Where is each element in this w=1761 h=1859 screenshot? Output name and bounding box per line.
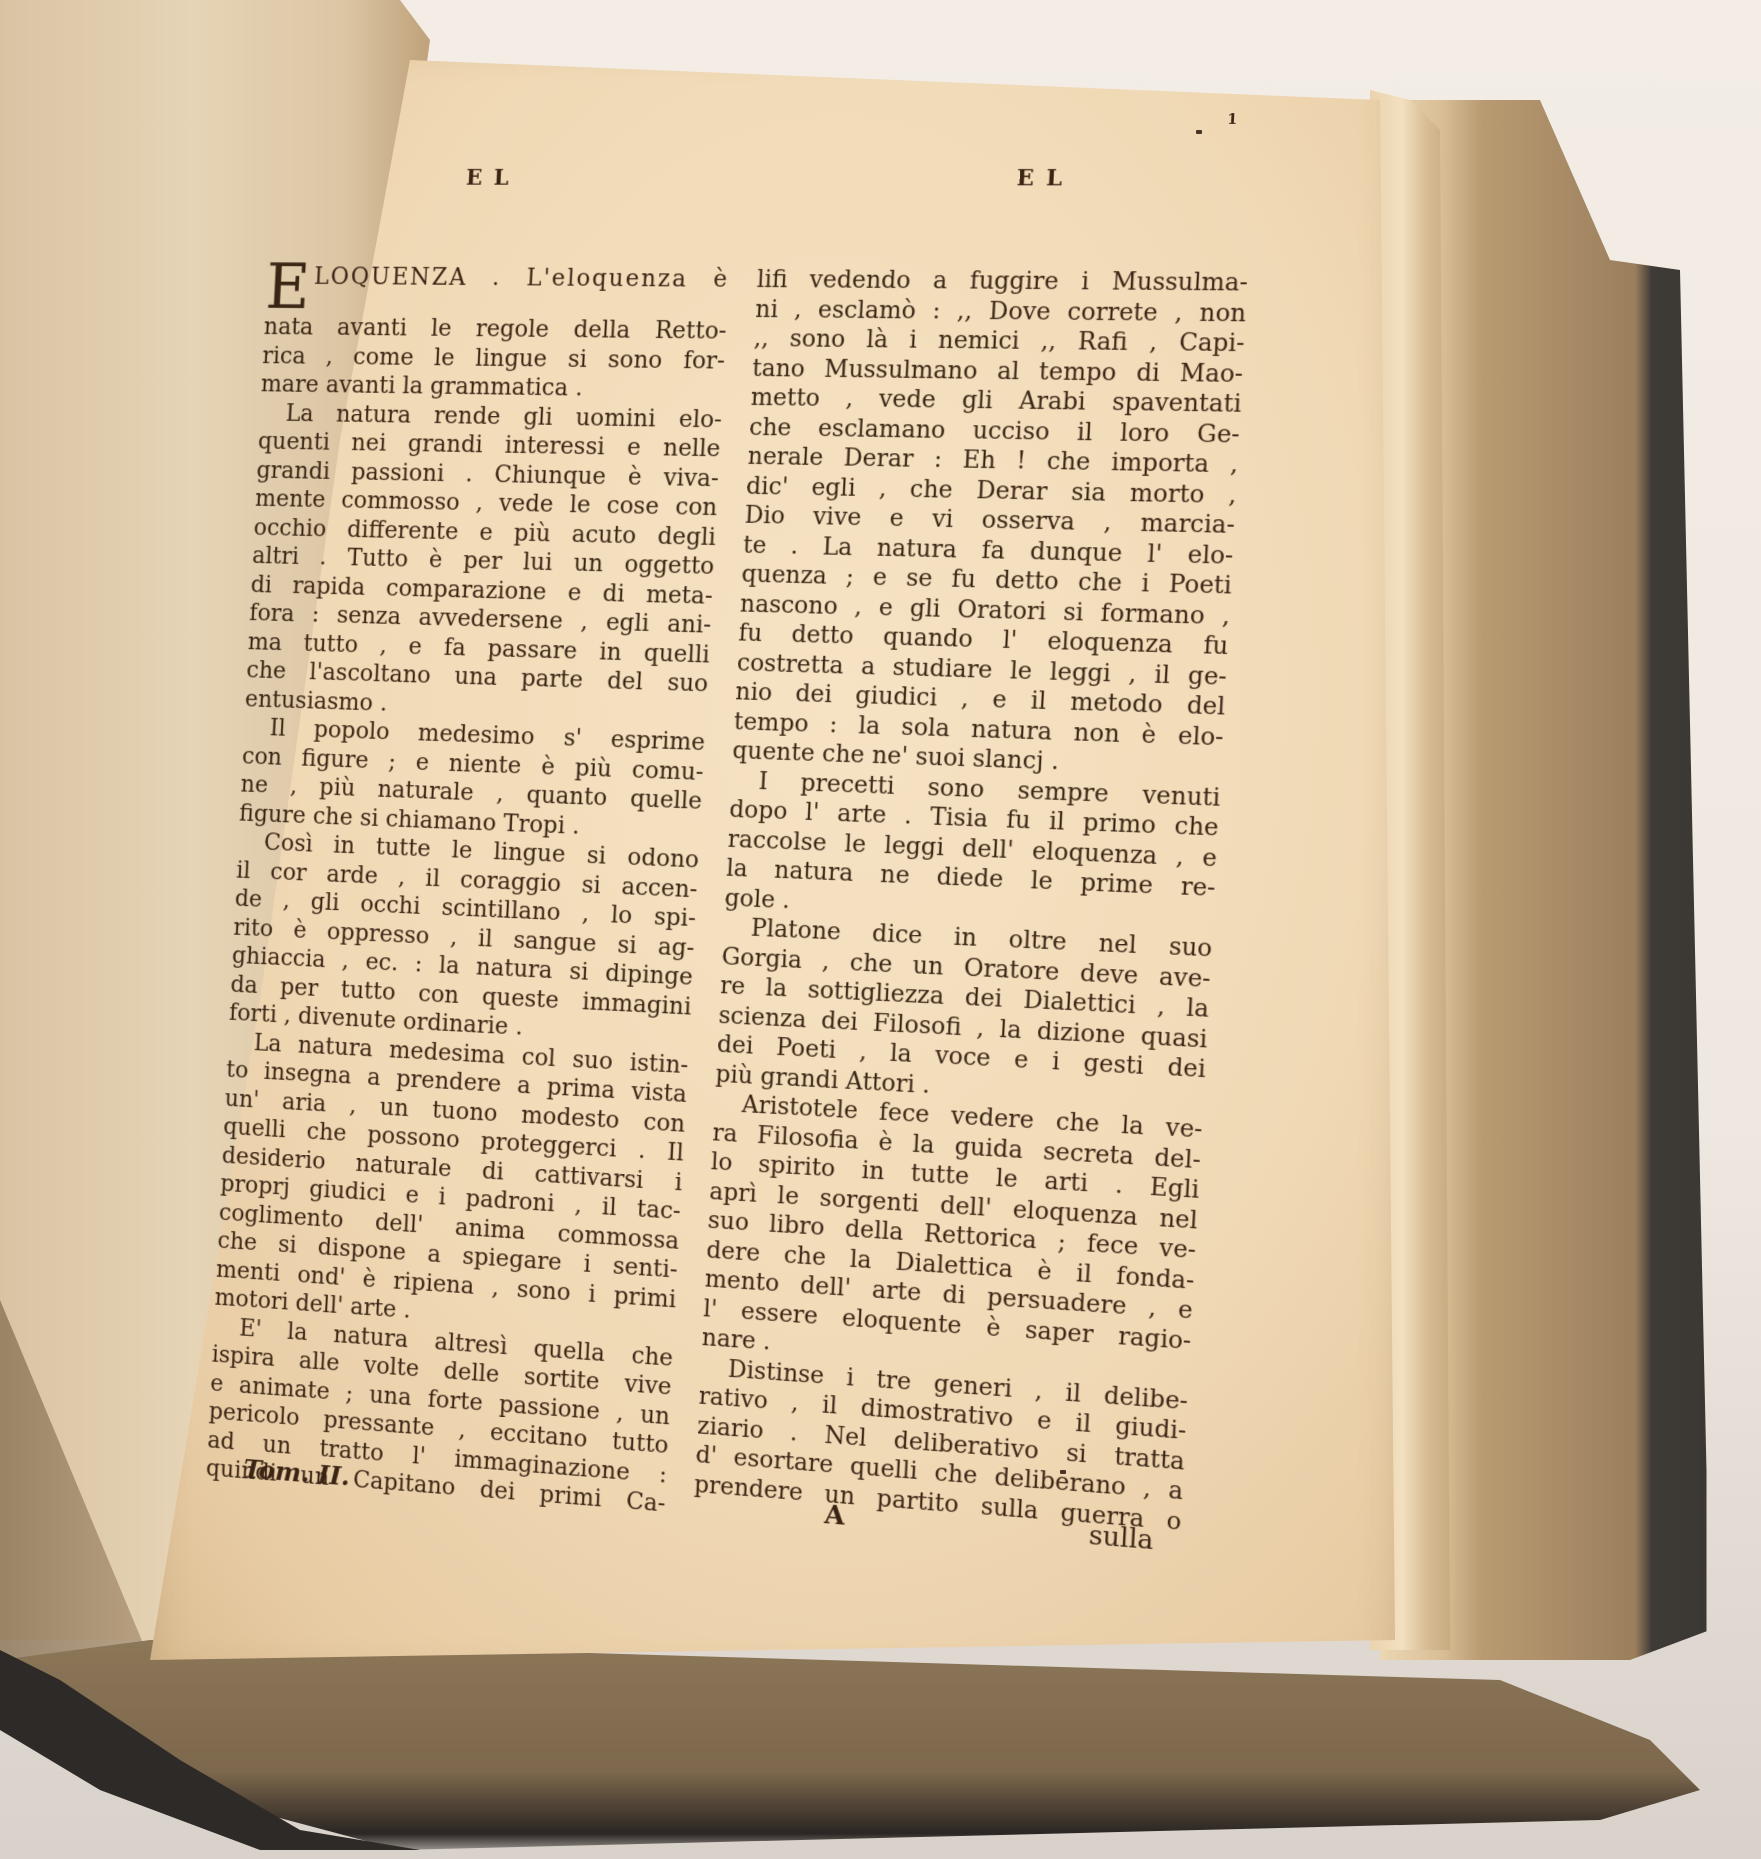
text-columns: ELOQUENZA . L'eloquenza ènata avanti le … [205, 262, 1272, 1562]
folio-mark: 1 [1227, 112, 1251, 129]
ink-speck [1060, 1470, 1066, 1474]
text-line: ELOQUENZA . L'eloquenza è [265, 262, 730, 317]
drop-cap: E [265, 262, 311, 313]
left-column: ELOQUENZA . L'eloquenza ènata avanti le … [205, 262, 730, 1519]
headword-line: LOQUENZA . L'eloquenza è [313, 262, 729, 292]
signature-mark: A [824, 1500, 846, 1532]
text-line: ,, sono là i nemici ,, Rafi , Capi- [753, 324, 1245, 359]
page-text-block: EL EL 1 ELOQUENZA . L'eloquenza ènata av… [207, 165, 1277, 1519]
ink-speck [1196, 130, 1202, 134]
right-column: lifi vedendo a fuggire i Mussulma-ni , e… [692, 265, 1248, 1560]
catchword: sulla [1088, 1521, 1154, 1557]
text-line: ni , esclamò : ,, Dove correte , non [755, 294, 1247, 328]
running-head-left: EL [465, 165, 521, 191]
photo-scene: EL EL 1 ELOQUENZA . L'eloquenza ènata av… [0, 0, 1761, 1859]
running-head-right: EL [1016, 165, 1075, 191]
text-line: lifi vedendo a fuggire i Mussulma- [756, 265, 1248, 298]
running-head: EL EL 1 [270, 165, 1277, 206]
text-line: nata avanti le regole della Retto- [263, 313, 727, 347]
